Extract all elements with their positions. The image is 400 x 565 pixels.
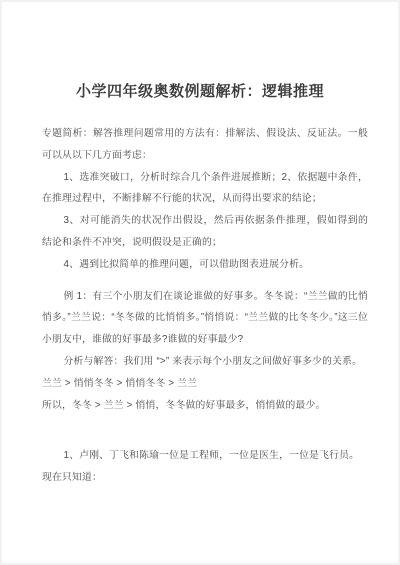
paragraph-conclusion: 所以，冬冬 > 兰兰 > 悄悄，冬冬做的好事最多，悄悄做的最少。 bbox=[42, 395, 368, 417]
paragraph-analysis: 分析与解答：我们用 “>” 来表示每个小朋友之间做好事多少的关系。 bbox=[42, 351, 368, 373]
paragraph-known-intro: 现在只知道： bbox=[42, 467, 368, 489]
paragraph-exercise-1: 1、卢刚、丁飞和陈瑜一位是工程师，一位是医生，一位是飞行员。 bbox=[42, 445, 368, 467]
paragraph-method-3: 3、对可能消失的状况作出假设，然后再依据条件推理，假如得到的结论和条件不冲突，说… bbox=[42, 210, 368, 254]
paragraph-relation-chain: 兰兰 > 悄悄冬冬 > 悄悄冬冬 > 兰兰 bbox=[42, 373, 368, 395]
paragraph-method-1-2: 1、选准突破口，分析时综合几个条件进展推断；2、依据题中条件，在推理过程中，不断… bbox=[42, 167, 368, 211]
page-title: 小学四年级奥数例题解析：逻辑推理 bbox=[22, 80, 378, 101]
document-page: 小学四年级奥数例题解析：逻辑推理 专题简析：解答推理问题常用的方法有：排解法、假… bbox=[0, 0, 400, 565]
document-body: 专题简析：解答推理问题常用的方法有：排解法、假设法、反证法。一般可以从以下几方面… bbox=[42, 123, 368, 489]
paragraph-topic-intro: 专题简析：解答推理问题常用的方法有：排解法、假设法、反证法。一般可以从以下几方面… bbox=[42, 123, 368, 167]
paragraph-method-4: 4、遇到比拟简单的推理问题，可以借助图表进展分析。 bbox=[42, 254, 368, 276]
paragraph-example-1: 例 1：有三个小朋友们在谈论谁做的好事多。冬冬说：“兰兰做的比悄悄多。”兰兰说：… bbox=[42, 286, 368, 351]
